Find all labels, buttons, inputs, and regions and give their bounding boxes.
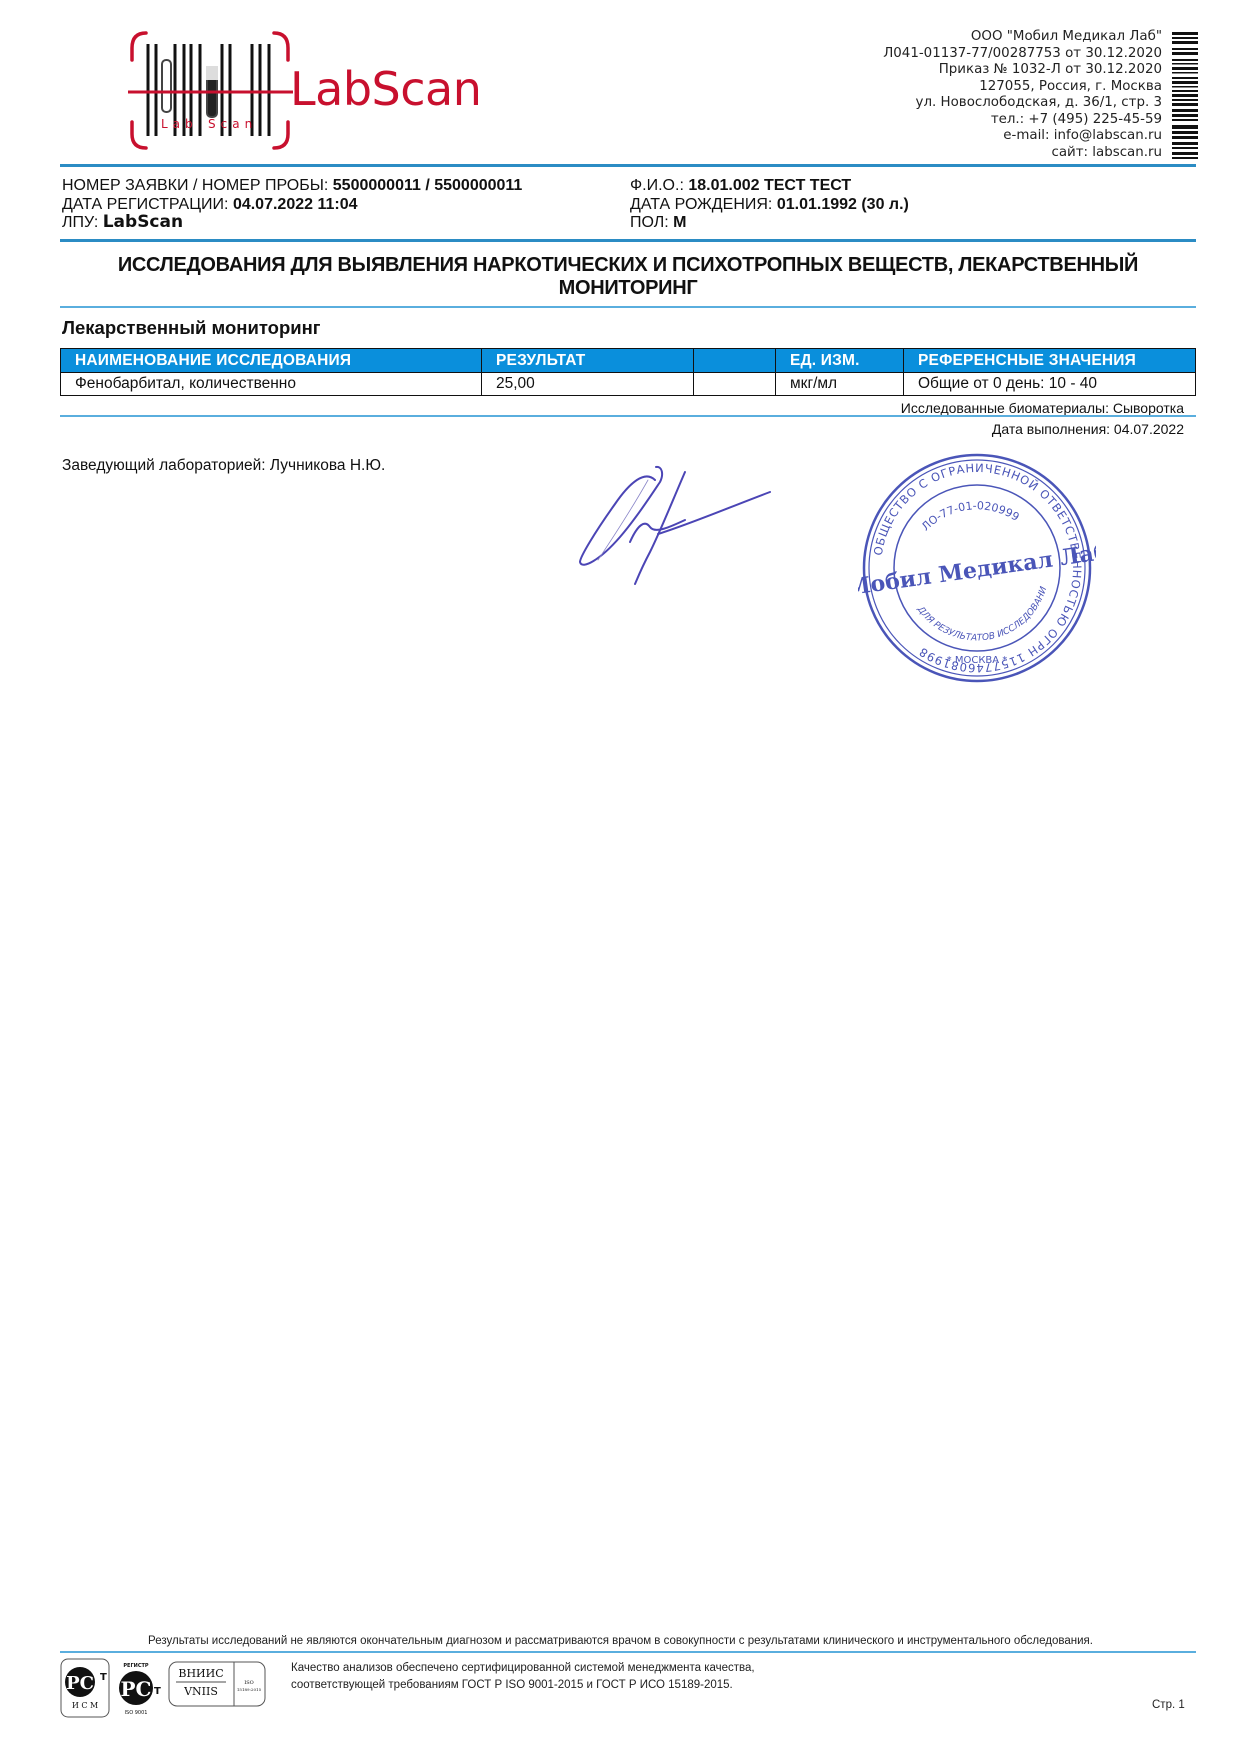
cell-flag <box>694 373 776 396</box>
svg-text:ВНИИС: ВНИИС <box>178 1667 223 1680</box>
svg-text:Lab: Lab <box>161 117 198 131</box>
patient-divider <box>60 239 1196 242</box>
patient-dob: ДАТА РОЖДЕНИЯ: 01.01.1992 (30 л.) <box>630 195 909 214</box>
company-phone: тел.: +7 (495) 225-45-59 <box>883 112 1162 129</box>
order-number: НОМЕР ЗАЯВКИ / НОМЕР ПРОБЫ: 5500000011 /… <box>62 176 522 195</box>
header-divider <box>60 164 1196 167</box>
svg-text:PC: PC <box>121 1677 152 1701</box>
rst-ism-cert-icon: PC T И С М <box>60 1658 110 1718</box>
company-email: e-mail: info@labscan.ru <box>883 128 1162 145</box>
col-reference: РЕФЕРЕНСНЫЕ ЗНАЧЕНИЯ <box>904 349 1196 373</box>
col-flag <box>694 349 776 373</box>
svg-text:ISO 9001: ISO 9001 <box>125 1710 148 1716</box>
table-row: Фенобарбитал, количественно 25,00 мкг/мл… <box>61 373 1196 396</box>
execution-date: Дата выполнения: 04.07.2022 <box>992 421 1184 437</box>
col-result: РЕЗУЛЬТАТ <box>482 349 694 373</box>
logo-wordmark: LabScan <box>290 62 481 116</box>
patient-sex: ПОЛ: М <box>630 213 687 232</box>
barcode-icon <box>1172 32 1198 160</box>
col-test-name: НАИМЕНОВАНИЕ ИССЛЕДОВАНИЯ <box>61 349 482 373</box>
vniis-cert-icon: ВНИИС VNIIS ISO 15189:2015 <box>168 1658 266 1708</box>
svg-text:РЕГИСТР: РЕГИСТР <box>123 1663 149 1669</box>
results-table: НАИМЕНОВАНИЕ ИССЛЕДОВАНИЯ РЕЗУЛЬТАТ ЕД. … <box>60 348 1196 396</box>
cell-reference: Общие от 0 день: 10 - 40 <box>904 373 1196 396</box>
company-stamp: ОБЩЕСТВО С ОГРАНИЧЕННОЙ ОТВЕТСТВЕННОСТЬЮ… <box>858 449 1096 687</box>
document-title: ИССЛЕДОВАНИЯ ДЛЯ ВЫЯВЛЕНИЯ НАРКОТИЧЕСКИХ… <box>60 254 1196 300</box>
biomaterial-divider <box>60 415 1196 417</box>
patient-name: Ф.И.О.: 18.01.002 ТЕСТ ТЕСТ <box>630 176 851 195</box>
svg-text:15189:2015: 15189:2015 <box>237 1687 262 1692</box>
svg-text:Scan: Scan <box>208 117 257 131</box>
company-site: сайт: labscan.ru <box>883 145 1162 162</box>
col-units: ЕД. ИЗМ. <box>776 349 904 373</box>
svg-text:PC: PC <box>66 1673 94 1694</box>
section-title: Лекарственный мониторинг <box>62 317 321 339</box>
svg-text:* МОСКВА *: * МОСКВА * <box>947 655 1008 666</box>
svg-text:VNIIS: VNIIS <box>183 1685 218 1698</box>
title-divider <box>60 306 1196 308</box>
footer-divider <box>60 1651 1196 1653</box>
svg-text:ЛО-77-01-020999: ЛО-77-01-020999 <box>919 499 1022 533</box>
rst-register-cert-icon: РЕГИСТР PC T ISO 9001 <box>114 1658 162 1718</box>
svg-text:T: T <box>154 1686 161 1697</box>
company-city: 127055, Россия, г. Москва <box>883 79 1162 96</box>
quality-statement: Качество анализов обеспечено сертифициро… <box>291 1660 755 1694</box>
table-header-row: НАИМЕНОВАНИЕ ИССЛЕДОВАНИЯ РЕЗУЛЬТАТ ЕД. … <box>61 349 1196 373</box>
company-order: Приказ № 1032-Л от 30.12.2020 <box>883 62 1162 79</box>
signature-icon <box>560 452 790 592</box>
disclaimer: Результаты исследований не являются окон… <box>0 1635 1241 1647</box>
svg-text:И С М: И С М <box>72 1701 98 1710</box>
svg-text:ISO: ISO <box>244 1680 254 1686</box>
cell-units: мкг/мл <box>776 373 904 396</box>
company-license: Л041-01137-77/00287753 от 30.12.2020 <box>883 46 1162 63</box>
biomaterial: Исследованные биоматериалы: Сыворотка <box>901 400 1184 416</box>
svg-text:«Мобил Медикал Лаб»: «Мобил Медикал Лаб» <box>858 537 1096 603</box>
company-info: ООО "Мобил Медикал Лаб" Л041-01137-77/00… <box>883 29 1162 161</box>
lpu: ЛПУ: LabScan <box>62 213 183 232</box>
head-of-lab: Заведующий лабораторией: Лучникова Н.Ю. <box>62 457 385 475</box>
company-name: ООО "Мобил Медикал Лаб" <box>883 29 1162 46</box>
cell-result: 25,00 <box>482 373 694 396</box>
cell-test-name: Фенобарбитал, количественно <box>61 373 482 396</box>
page-number: Стр. 1 <box>1152 1699 1185 1711</box>
svg-text:T: T <box>100 1672 107 1683</box>
company-address: ул. Новослободская, д. 36/1, стр. 3 <box>883 95 1162 112</box>
